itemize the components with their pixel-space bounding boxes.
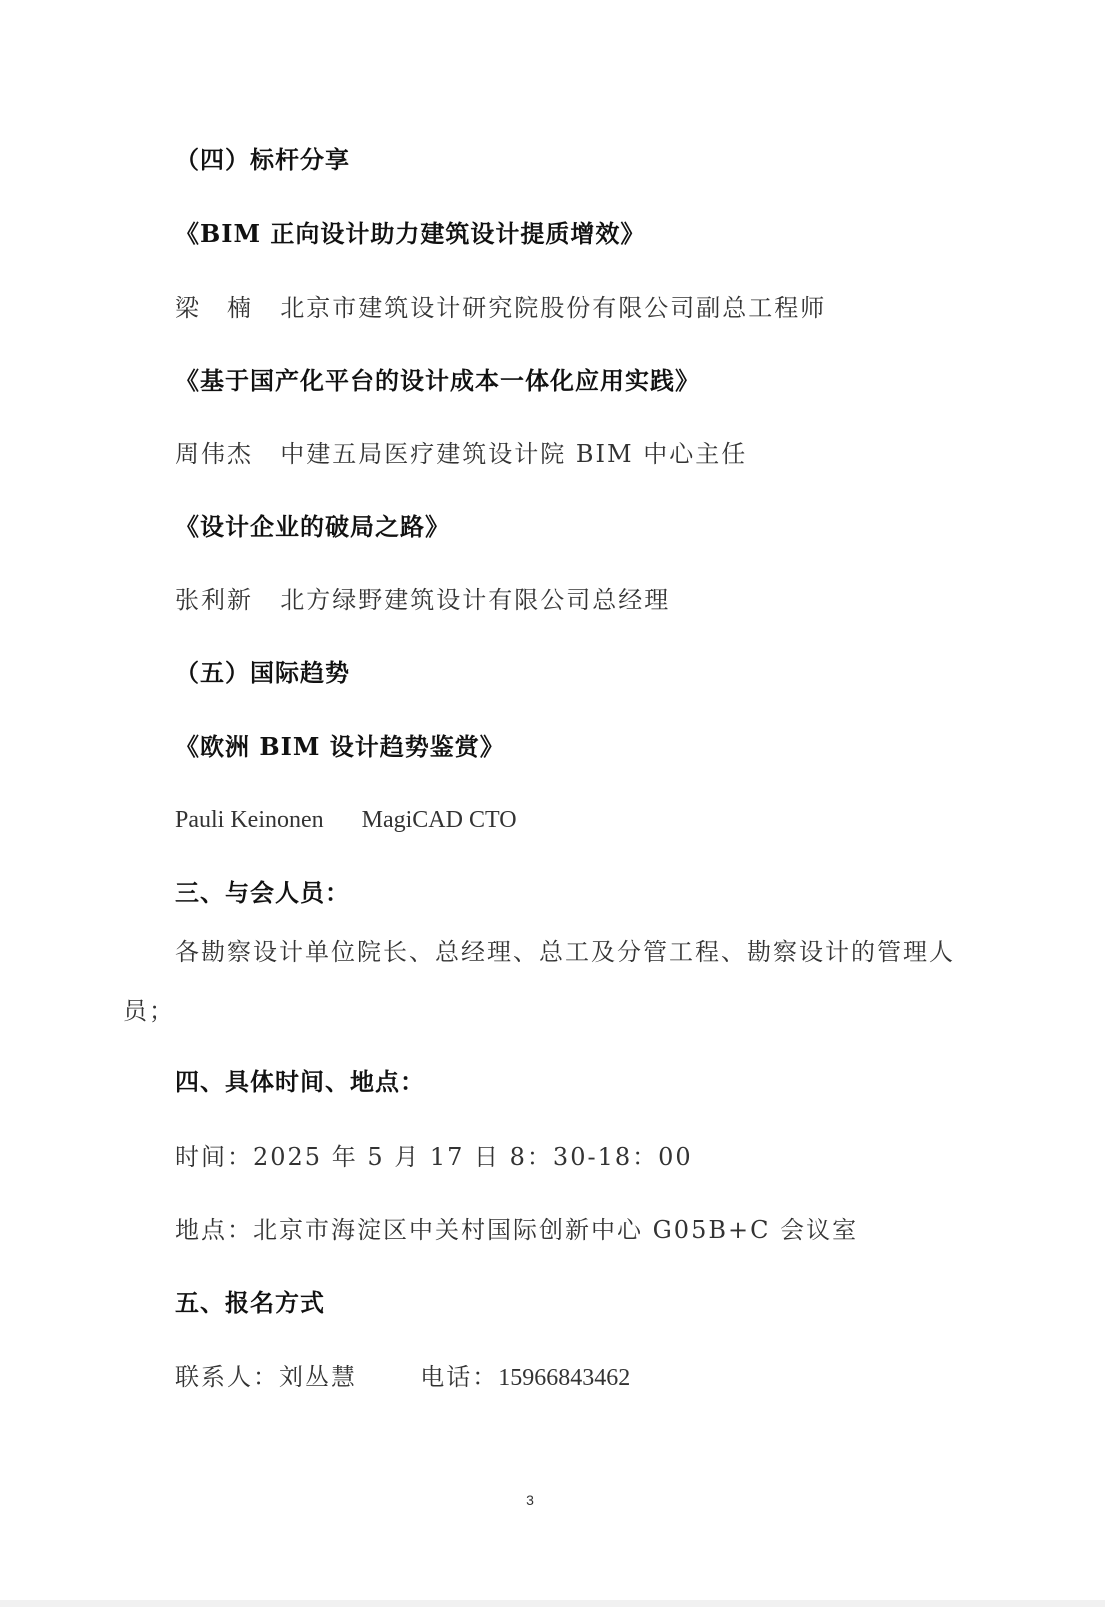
talk-title-4: 《欧洲 BIM 设计趋势鉴赏》 (175, 730, 505, 764)
section-heading-time-place: 四、具体时间、地点： (175, 1065, 425, 1099)
speaker-affiliation: 中建五局医疗建筑设计院 BIM 中心主任 (280, 440, 747, 468)
talk-title-3: 《设计企业的破局之路》 (175, 510, 450, 544)
section-heading-attendees: 三、与会人员： (175, 876, 350, 910)
section-heading-registration: 五、报名方式 (175, 1286, 325, 1320)
page-number: 3 (0, 1492, 1060, 1508)
speaker-name: Pauli Keinonen (175, 807, 324, 833)
contact-label: 联系人： (175, 1363, 279, 1391)
speaker-name: 梁 楠 (175, 294, 253, 322)
talk-title-2: 《基于国产化平台的设计成本一体化应用实践》 (175, 364, 700, 398)
event-time: 时间：2025 年 5 月 17 日 8：30-18：00 (175, 1140, 693, 1174)
time-value: 2025 年 5 月 17 日 8：30-18：00 (253, 1143, 693, 1171)
speaker-name: 张利新 (175, 586, 253, 614)
speaker-affiliation: 北方绿野建筑设计有限公司总经理 (280, 586, 670, 614)
attendees-text-line-1: 各勘察设计单位院长、总经理、总工及分管工程、勘察设计的管理人 (175, 935, 955, 969)
place-label: 地点： (175, 1216, 253, 1244)
talk-speaker-4: Pauli Keinonen MagiCAD CTO (175, 803, 517, 837)
talk-speaker-2: 周伟杰 中建五局医疗建筑设计院 BIM 中心主任 (175, 437, 747, 471)
talk-speaker-3: 张利新 北方绿野建筑设计有限公司总经理 (175, 583, 670, 617)
phone-value: 15966843462 (498, 1365, 630, 1391)
page-edge-divider (0, 1600, 1105, 1607)
document-page: （四）标杆分享 《BIM 正向设计助力建筑设计提质增效》 梁 楠 北京市建筑设计… (0, 0, 1105, 1600)
talk-title-1: 《BIM 正向设计助力建筑设计提质增效》 (175, 217, 645, 251)
speaker-affiliation: 北京市建筑设计研究院股份有限公司副总工程师 (280, 294, 826, 322)
time-label: 时间： (175, 1143, 253, 1171)
contact-info: 联系人：刘丛慧 电话：15966843462 (175, 1360, 630, 1395)
contact-name: 刘丛慧 (279, 1363, 357, 1391)
event-place: 地点：北京市海淀区中关村国际创新中心 G05B+C 会议室 (175, 1213, 858, 1247)
place-value: 北京市海淀区中关村国际创新中心 G05B+C 会议室 (253, 1216, 858, 1244)
speaker-affiliation: MagiCAD CTO (362, 807, 517, 833)
attendees-text-line-2: 员； (123, 994, 175, 1028)
phone-label: 电话： (420, 1363, 498, 1391)
speaker-name: 周伟杰 (175, 440, 253, 468)
section-heading-benchmark: （四）标杆分享 (175, 143, 350, 177)
section-heading-international: （五）国际趋势 (175, 656, 350, 690)
talk-speaker-1: 梁 楠 北京市建筑设计研究院股份有限公司副总工程师 (175, 291, 826, 325)
